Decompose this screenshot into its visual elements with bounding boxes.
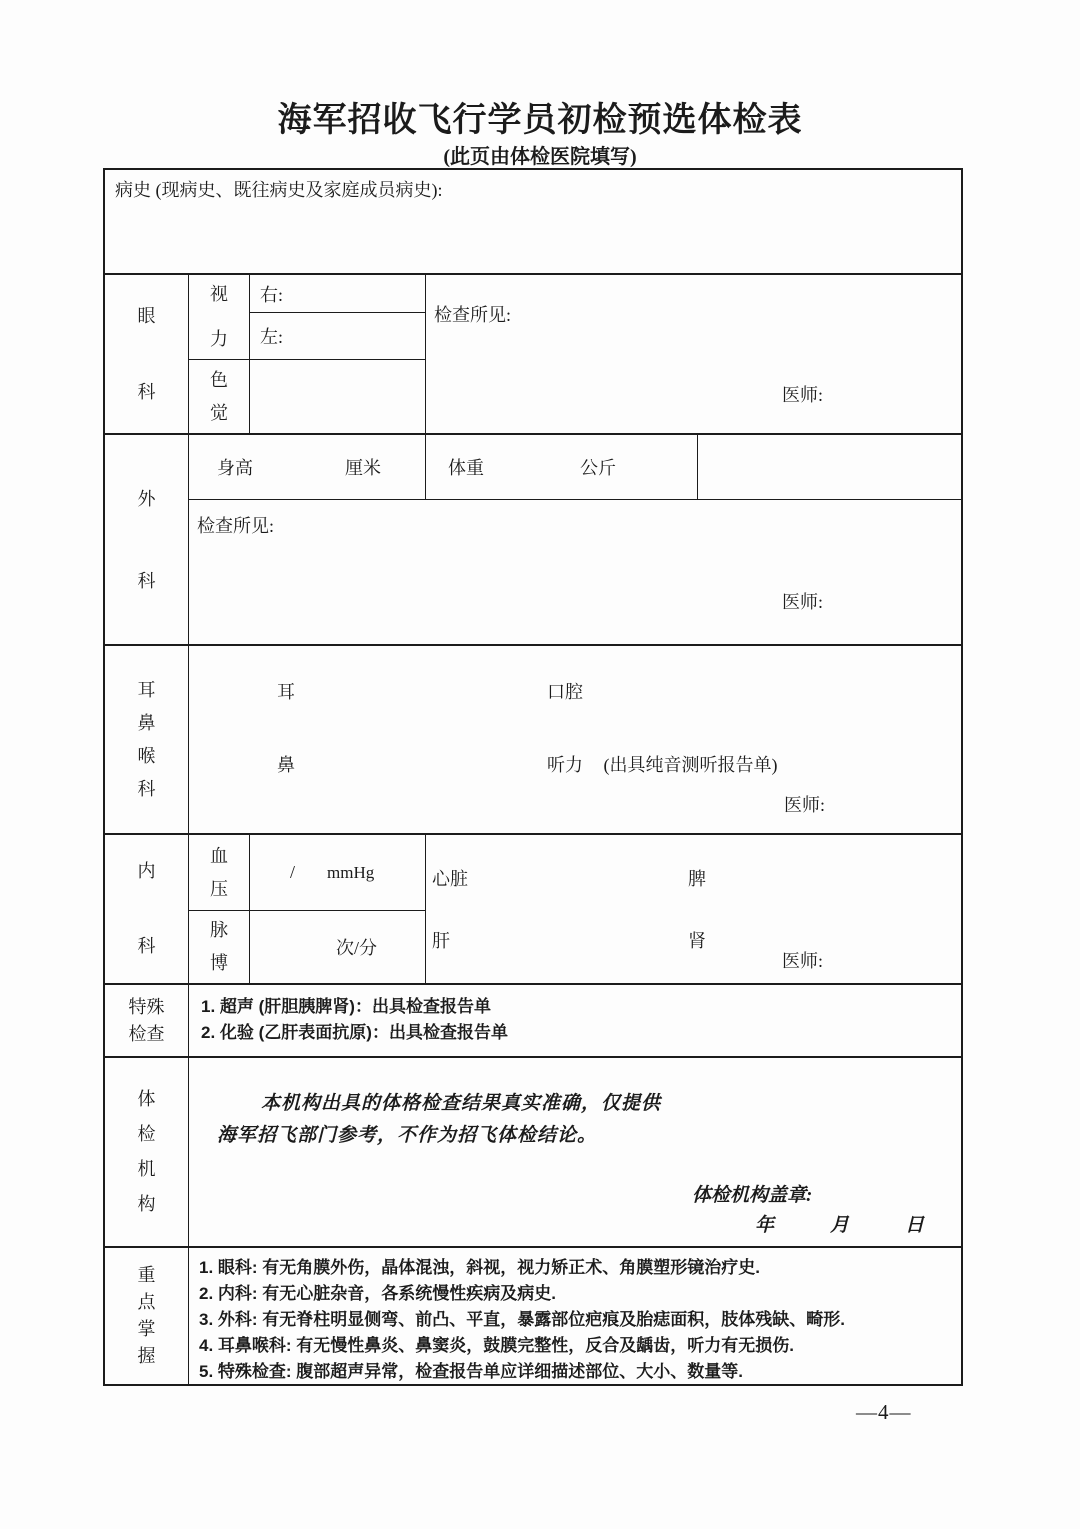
special-exam-section: 特殊检查 1. 超声 (肝胆胰脾肾)：出具检查报告单 2. 化验 (乙肝表面抗原… (105, 985, 961, 1058)
special-exam-content: 1. 超声 (肝胆胰脾肾)：出具检查报告单 2. 化验 (乙肝表面抗原)：出具检… (189, 985, 961, 1056)
heart-label: 心脏 (432, 865, 468, 891)
internal-section-label-cell: 内科 (105, 835, 189, 983)
day-label: 日 (905, 1210, 924, 1237)
hearing-label: 听力 (547, 755, 583, 775)
internal-findings-cell: 心脏 脾 肝 肾 医师: (426, 835, 961, 983)
blood-pressure-label-cell: 血压 (189, 835, 250, 910)
nose-label: 鼻 (277, 751, 295, 777)
spleen-label: 脾 (688, 865, 706, 891)
special-exam-label-cell: 特殊检查 (105, 985, 189, 1056)
institution-content: 本机构出具的体格检查结果真实准确，仅提供 海军招飞部门参考，不作为招飞体检结论。… (189, 1058, 961, 1246)
special-exam-label: 特殊检查 (124, 994, 169, 1048)
blood-pressure-value-cell: / mmHg (250, 835, 425, 910)
key-point-item: 3. 外科: 有无脊柱明显侧弯、前凸、平直，暴露部位疤痕及胎痣面积，肢体残缺、畸… (199, 1307, 947, 1333)
special-exam-item: 1. 超声 (肝胆胰脾肾)：出具检查报告单 (201, 994, 961, 1020)
ear-label: 耳 (277, 678, 295, 704)
institution-statement-line2: 海军招飞部门参考，不作为招飞体检结论。 (217, 1120, 597, 1147)
ophthalmology-findings-label: 检查所见: (434, 301, 511, 327)
document-page: 海军招收飞行学员初检预选体检表 (此页由体检医院填写) 病史 (现病史、既往病史… (0, 0, 1080, 1529)
ent-findings-cell: 耳 口腔 鼻 听力 (出具纯音测听报告单) 医师: (189, 646, 961, 833)
color-vision-label-cell: 色觉 (189, 360, 250, 433)
institution-statement-line1: 本机构出具的体格检查结果真实准确，仅提供 (261, 1088, 661, 1115)
institution-label-cell: 体检机构 (105, 1058, 189, 1246)
surgery-section-label-cell: 外科 (105, 435, 189, 644)
vision-label: 视力 (207, 272, 230, 362)
year-label: 年 (755, 1210, 774, 1237)
medical-history-label: 病史 (现病史、既往病史及家庭成员病史): (115, 180, 443, 200)
liver-label: 肝 (432, 927, 450, 953)
pulse-label-cell: 脉博 (189, 911, 250, 983)
key-points-label: 重点掌握 (135, 1262, 158, 1370)
key-points-section: 重点掌握 1. 眼科: 有无角膜外伤，晶体混浊，斜视，视力矫正术、角膜塑形镜治疗… (105, 1248, 961, 1384)
ophthalmology-physician-label: 医师: (782, 381, 823, 407)
key-points-content: 1. 眼科: 有无角膜外伤，晶体混浊，斜视，视力矫正术、角膜塑形镜治疗史. 2.… (189, 1248, 961, 1384)
kidney-label: 肾 (688, 927, 706, 953)
blood-pressure-unit: mmHg (327, 863, 374, 883)
surgery-findings-cell: 检查所见: 医师: (189, 500, 961, 644)
height-cell: 身高 厘米 (189, 435, 426, 499)
ent-physician-label: 医师: (784, 791, 825, 817)
surgery-physician-label: 医师: (782, 588, 823, 614)
key-point-item: 4. 耳鼻喉科: 有无慢性鼻炎、鼻窦炎，鼓膜完整性，反合及龋齿，听力有无损伤. (199, 1333, 947, 1359)
pulse-value-cell: 次/分 (250, 911, 425, 983)
page-title: 海军招收飞行学员初检预选体检表 (0, 92, 1080, 141)
internal-medicine-section: 内科 血压 / mmHg 脉博 次/分 (105, 835, 961, 985)
key-point-item: 1. 眼科: 有无角膜外伤，晶体混浊，斜视，视力矫正术、角膜塑形镜治疗史. (199, 1255, 947, 1281)
vision-label-cell: 视力 (189, 275, 250, 359)
key-point-item: 2. 内科: 有无心脏杂音，各系统慢性疾病及病史. (199, 1281, 947, 1307)
institution-section: 体检机构 本机构出具的体格检查结果真实准确，仅提供 海军招飞部门参考，不作为招飞… (105, 1058, 961, 1248)
blood-pressure-slash: / (290, 862, 295, 883)
ophthalmology-section-label: 眼科 (135, 278, 158, 430)
pulse-unit: 次/分 (336, 934, 377, 960)
page-subtitle: (此页由体检医院填写) (0, 140, 1080, 169)
weight-label: 体重 (448, 454, 484, 480)
pulse-label: 脉博 (207, 914, 230, 980)
vision-block: 视力 右: 左: 色觉 (189, 275, 426, 433)
blood-pressure-label: 血压 (207, 840, 230, 906)
surgery-section-label: 外科 (135, 458, 158, 622)
surgery-section: 外科 身高 厘米 体重 公斤 检查所见: 医师: (105, 435, 961, 646)
key-point-item: 5. 特殊检查: 腹部超声异常，检查报告单应详细描述部位、大小、数量等. (199, 1359, 947, 1385)
height-unit-label: 厘米 (345, 454, 381, 480)
ent-section: 耳鼻喉科 耳 口腔 鼻 听力 (出具纯音测听报告单) 医师: (105, 646, 961, 835)
institution-label: 体检机构 (135, 1082, 158, 1222)
weight-unit-label: 公斤 (580, 454, 616, 480)
color-vision-value-cell (250, 360, 425, 433)
ent-section-label-cell: 耳鼻喉科 (105, 646, 189, 833)
internal-physician-label: 医师: (782, 947, 823, 973)
key-points-label-cell: 重点掌握 (105, 1248, 189, 1384)
exam-form-table: 病史 (现病史、既往病史及家庭成员病史): 眼科 视力 右: 左: (103, 168, 963, 1386)
ophthalmology-section: 眼科 视力 右: 左: (105, 275, 961, 435)
ent-section-label: 耳鼻喉科 (135, 674, 158, 806)
weight-cell: 体重 公斤 (426, 435, 698, 499)
surgery-extra-cell (698, 435, 961, 499)
hearing-note: (出具纯音测听报告单) (604, 755, 778, 775)
vision-left-label: 左: (260, 323, 283, 349)
vision-left-cell: 左: (250, 313, 425, 359)
surgery-findings-label: 检查所见: (197, 512, 274, 538)
medical-history-section: 病史 (现病史、既往病史及家庭成员病史): (105, 170, 961, 275)
month-label: 月 (830, 1210, 849, 1237)
oral-cavity-label: 口腔 (547, 678, 583, 704)
ophthalmology-section-label-cell: 眼科 (105, 275, 189, 433)
color-vision-label: 色觉 (207, 364, 230, 430)
height-label: 身高 (217, 454, 253, 480)
vision-right-label: 右: (260, 281, 283, 307)
special-exam-item: 2. 化验 (乙肝表面抗原)：出具检查报告单 (201, 1020, 961, 1046)
vision-right-cell: 右: (250, 275, 425, 313)
ophthalmology-findings-cell: 检查所见: 医师: (426, 275, 961, 433)
page-number: —4— (856, 1400, 912, 1425)
internal-section-label: 内科 (135, 834, 158, 984)
institution-seal-label: 体检机构盖章: (692, 1180, 812, 1207)
